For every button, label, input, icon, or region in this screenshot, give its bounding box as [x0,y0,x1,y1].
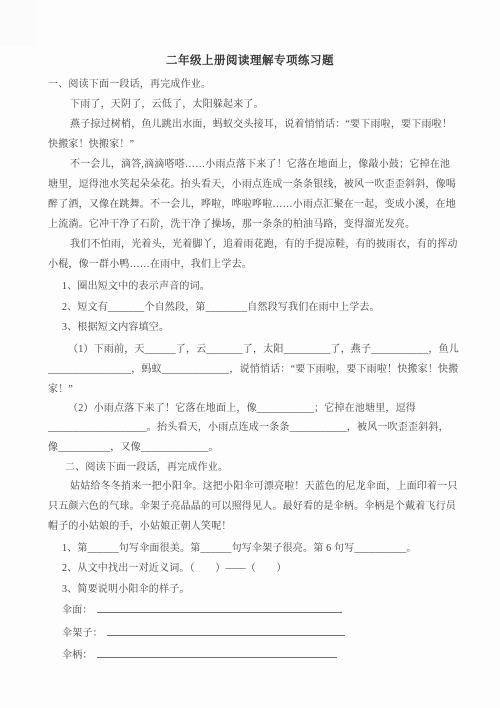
passage2-line: 只五颜六色的气球。伞架子亮晶晶的可以照得见人。最好看的是伞柄。伞柄是个戴着飞行员 [48,500,456,514]
answer-underline [107,626,345,636]
passage1-line: 塘里，逗得池水笑起朵朵花。抬头看天，小雨点连成一条条银线，被风一吹歪歪斜斜，像喝 [48,178,456,192]
passage1-line: 上流淌。它冲干净了石阶，洗干净了操场，那一条条的柏油马路，变得溜光发亮。 [48,218,415,232]
answer-line-label: 伞架子： [62,628,103,639]
fill-blank-line: （2）小雨点落下来了！它落在地面上，像___________；它掉在池塘里，逗得 [68,402,416,416]
answer-underline [97,603,342,613]
answer-line: 伞面： [62,603,342,618]
answer-line: 伞柄： [62,648,337,663]
passage1-line: 不一会儿，滴答,滴滴嗒嗒……小雨点落下来了！它落在地面上，像敲小鼓；它掉在池 [70,158,450,172]
passage1-line: 下雨了，天阴了，云低了，太阳躲起来了。 [70,98,264,112]
fill-blank-line: 家！” [48,383,73,397]
fill-blank-line: ___________________。抬头看天，小雨点连成一条条_______… [48,421,449,435]
passage2-line: 帽子的小姑娘的手，小姑娘正朝人笑呢！ [48,520,232,534]
answer-underline [97,648,337,658]
passage2-line: 姑姑给冬冬捎来一把小阳伞。这把小阳伞可漂亮啦！天蓝色的尼龙伞面，上面印着一只 [70,480,458,494]
question-item: 2、短文有_______个自然段，第________自然段写我们在雨中上学去。 [62,301,380,315]
passage1-line: 醉了酒，又像在跳舞。不一会儿，哗啦，哗啦哗啦……小雨点汇聚在一起，变成小溪，在地 [48,198,456,212]
fill-blank-line: ________________，蚂蚁_____________，说悄悄话：“要… [48,363,458,377]
question-item: 1、圈出短文中的表示声音的词。 [62,280,210,294]
section1-heading: 一、阅读下面一段话，再完成作业。 [48,78,211,92]
fill-blank-line: 像__________，又像_____________。 [48,441,219,455]
passage1-line: 燕子掠过树梢，鱼儿跳出水面，蚂蚁交头接耳，说着悄悄话：“要下雨啦，要下雨啦！ [70,118,452,132]
passage1-line: 快搬家！快搬家！” [48,138,134,152]
page-title: 二年级上册阅读理解专项练习题 [0,54,500,68]
passage1-line: 我们不怕雨，光着头，光着脚丫，追着雨花跑，有的手提凉鞋，有的披雨衣，有的挥动 [70,238,458,252]
scan-artifact [0,0,36,46]
fill-blank-line: （1）下雨前，天______了，云_______了，太阳_________了，燕… [68,343,459,357]
answer-line: 伞架子： [62,626,345,641]
passage1-line: 小棍，像一群小鸭……在雨中，我们上学去。 [48,258,252,272]
worksheet-page: 二年级上册阅读理解专项练习题 一、阅读下面一段话，再完成作业。 下雨了，天阴了，… [0,0,500,708]
question-item: 2、从文中找出一对近义词。（ ）——（ ） [62,562,287,576]
question-item: 3、根据短文内容填空。 [62,321,169,335]
section2-heading: 二、阅读下面一段话，再完成作业。 [65,461,228,475]
answer-line-label: 伞柄： [62,650,93,661]
question-item: 3、简要说明小阳伞的样子。 [62,583,190,597]
answer-line-label: 伞面： [62,605,93,616]
question-item: 1、第______句写伞面很美。第______句写伞架子很亮。第 6 句写___… [62,542,417,556]
